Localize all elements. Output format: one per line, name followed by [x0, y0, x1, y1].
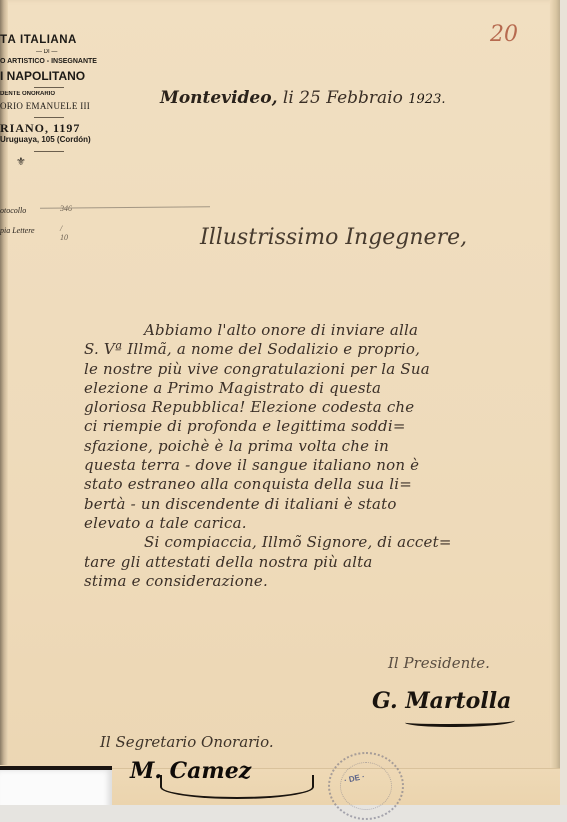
ink-stamp: · DE · [328, 752, 404, 820]
signature-flourish [405, 716, 515, 727]
attachments-reference: pia Lettere / 10 [0, 226, 35, 235]
body-line: stato estraneo alla conquista della sua … [84, 475, 554, 494]
body-line: Si compiaccia, Illmõ Signore, di accet= [84, 533, 554, 552]
president-title: Il Presidente. [388, 654, 490, 672]
president-signature: G. Martolla [372, 688, 511, 714]
letterhead-divider [34, 117, 64, 118]
letterhead-connector: — DI — [0, 49, 130, 58]
body-line: le nostre più vive congratulazioni per l… [84, 360, 554, 379]
dateline-city: Montevideo, [160, 88, 277, 108]
body-line: stima e considerazione. [84, 572, 554, 591]
protocol-label: otocollo [0, 206, 26, 215]
stamp-inner-ring [340, 762, 392, 810]
body-line: sfazione, poichè è la prima volta che in [84, 437, 554, 456]
letterhead-honorary-president-name: ORIO EMANUELE III [0, 101, 130, 115]
letterhead-address: RIANO, 1197 [0, 121, 130, 135]
letterhead-divider [34, 87, 64, 88]
body-line: questa terra - dove il sangue italiano n… [84, 456, 554, 475]
body-line: tare gli attestati della nostra più alta [84, 553, 554, 572]
attachments-value: / 10 [60, 224, 68, 242]
body-line: bertà - un discendente di italiani è sta… [84, 495, 554, 514]
scan-margin [0, 805, 567, 822]
seal-emblem-icon: ⚜ [0, 155, 130, 169]
letterhead-honorary-president-label: DENTE ONORARIO [0, 91, 130, 101]
body-line: gloriosa Repubblica! Elezione codesta ch… [84, 398, 554, 417]
page-number: 20 [490, 22, 518, 47]
protocol-reference: otocollo 346 [0, 206, 26, 215]
letterhead-napolitano: I NAPOLITANO [0, 69, 130, 85]
letterhead: TÀ ITALIANA — DI — O ARTISTICO - INSEGNA… [0, 34, 130, 169]
body-line: S. Vª Illmã, a nome del Sodalizio e prop… [84, 340, 554, 359]
letter-page: TÀ ITALIANA — DI — O ARTISTICO - INSEGNA… [0, 0, 560, 800]
body-line: elevato a tale carica. [84, 514, 554, 533]
protocol-rule [40, 206, 210, 208]
secretary-title: Il Segretario Onorario. [100, 733, 274, 751]
signature-flourish [160, 775, 314, 799]
letterhead-subtitle: O ARTISTICO - INSEGNANTE [0, 58, 130, 69]
body-line: ci riempie di profonda e legittima soddi… [84, 417, 554, 436]
dateline-year: 1923. [408, 92, 445, 107]
letterhead-address-secondary: Uruguaya, 105 (Cordón) [0, 135, 130, 149]
letterhead-divider [34, 151, 64, 152]
dateline-date: li 25 Febbraio [283, 88, 403, 108]
salutation: Illustrissimo Ingegnere, [200, 225, 467, 250]
letter-body: Abbiamo l'alto onore di inviare alla S. … [84, 321, 554, 591]
body-line: elezione a Primo Magistrato di questa [84, 379, 554, 398]
dateline: Montevideo, li 25 Febbraio 1923. [160, 88, 445, 108]
body-line: Abbiamo l'alto onore di inviare alla [84, 321, 554, 340]
attachments-label: pia Lettere [0, 226, 35, 235]
letterhead-society-name: TÀ ITALIANA [0, 34, 130, 49]
